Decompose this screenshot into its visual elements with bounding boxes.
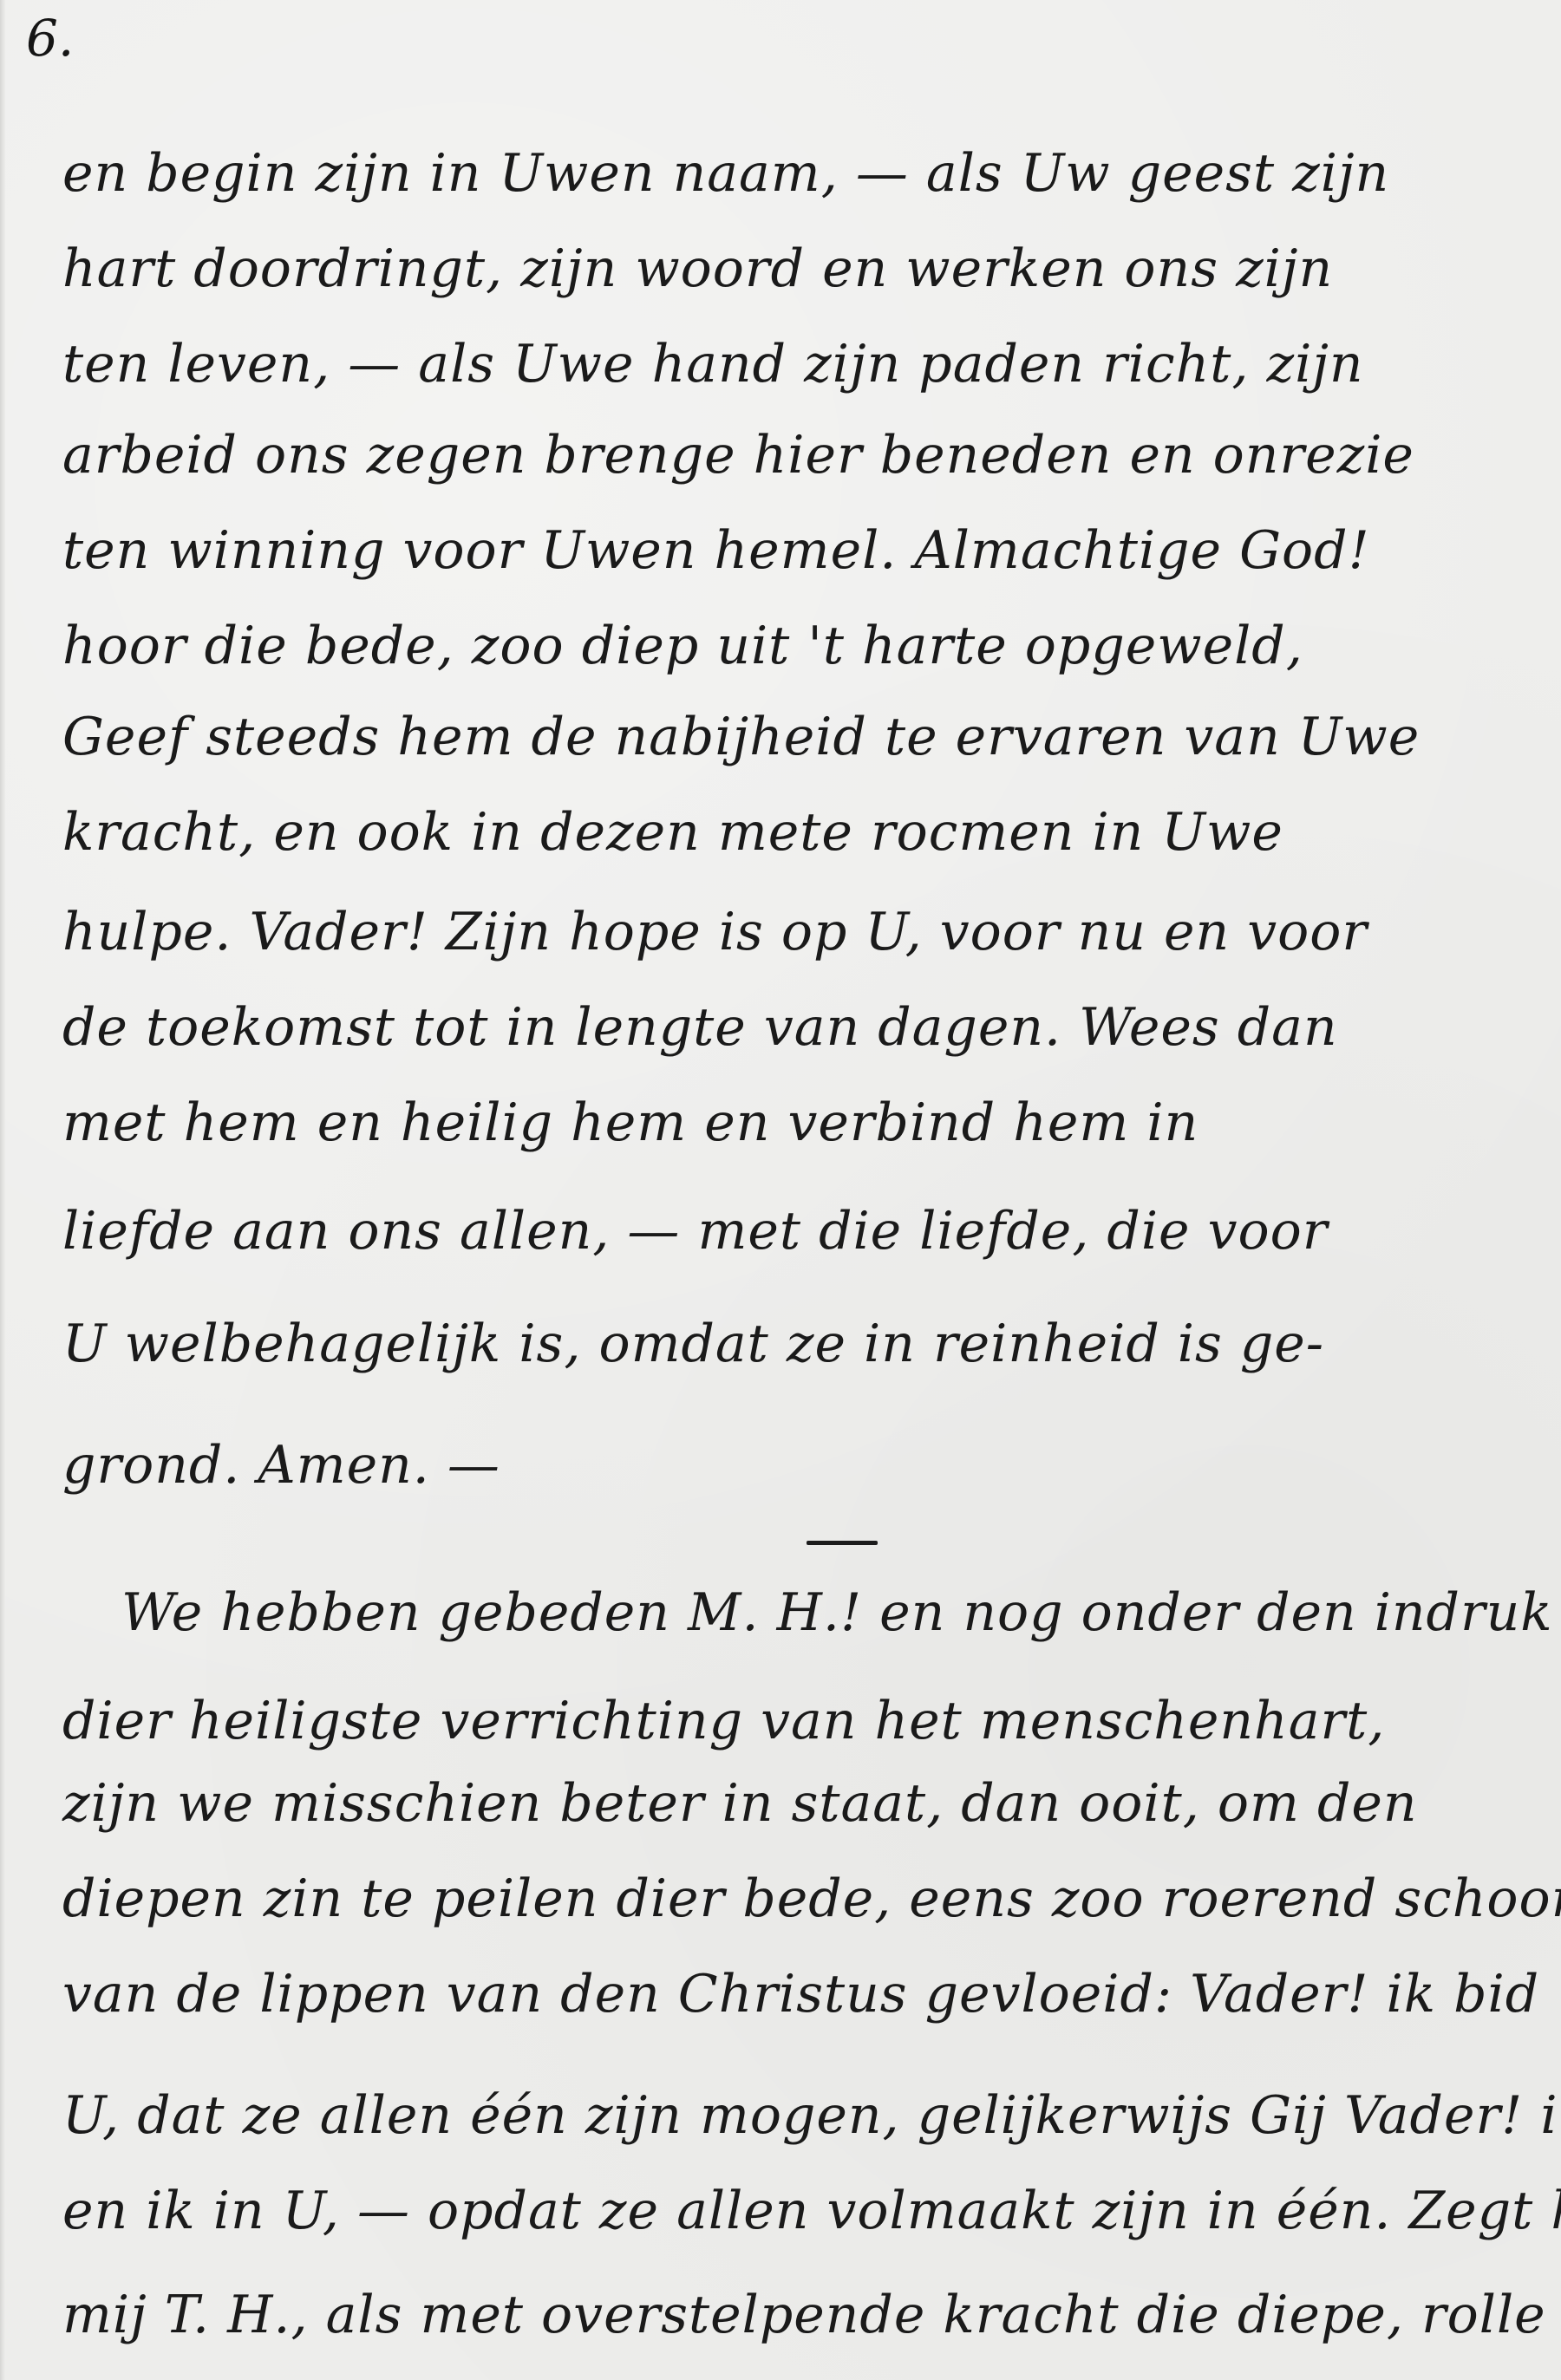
text-line: hulpe. Vader! Zijn hope is op U, voor nu… [62, 906, 1537, 958]
text-line: en begin zijn in Uwen naam, — als Uw gee… [62, 147, 1537, 199]
page-number: 6. [26, 9, 74, 68]
text-line: ten winning voor Uwen hemel. Almachtige … [62, 525, 1537, 577]
manuscript-page: 6. en begin zijn in Uwen naam, — als Uw … [0, 0, 1561, 2380]
text-line: Geef steeds hem de nabijheid te ervaren … [62, 711, 1537, 763]
text-line: van de lippen van den Christus gevloeid:… [62, 1968, 1537, 2020]
text-line: U welbehagelijk is, omdat ze in reinheid… [62, 1318, 1537, 1370]
text-line: en ik in U, — opdat ze allen volmaakt zi… [62, 2185, 1537, 2237]
text-line: de toekomst tot in lengte van dagen. Wee… [62, 1001, 1537, 1053]
text-line: dier heiligste verrichting van het mensc… [62, 1695, 1537, 1747]
text-line: grond. Amen. — [62, 1439, 1537, 1491]
text-line: diepen zin te peilen dier bede, eens zoo… [62, 1873, 1537, 1925]
text-line: hoor die bede, zoo diep uit 't harte opg… [62, 620, 1537, 672]
text-line: met hem en heilig hem en verbind hem in [62, 1097, 1537, 1149]
text-line: ten leven, — als Uwe hand zijn paden ric… [62, 338, 1537, 390]
text-line: U, dat ze allen één zijn mogen, gelijker… [62, 2090, 1537, 2142]
section-separator-rule [807, 1541, 878, 1545]
text-line: zijn we misschien beter in staat, dan oo… [62, 1777, 1537, 1829]
text-line: arbeid ons zegen brenge hier beneden en … [62, 429, 1537, 481]
text-line: mij T. H., als met overstelpende kracht … [62, 2289, 1537, 2341]
text-line: hart doordringt, zijn woord en werken on… [62, 243, 1537, 295]
text-line: We hebben gebeden M. H.! en nog onder de… [121, 1587, 1561, 1639]
page-edge-shadow [0, 0, 5, 2380]
text-line: kracht, en ook in dezen mete rocmen in U… [62, 806, 1537, 858]
text-line: liefde aan ons allen, — met die liefde, … [62, 1205, 1537, 1257]
